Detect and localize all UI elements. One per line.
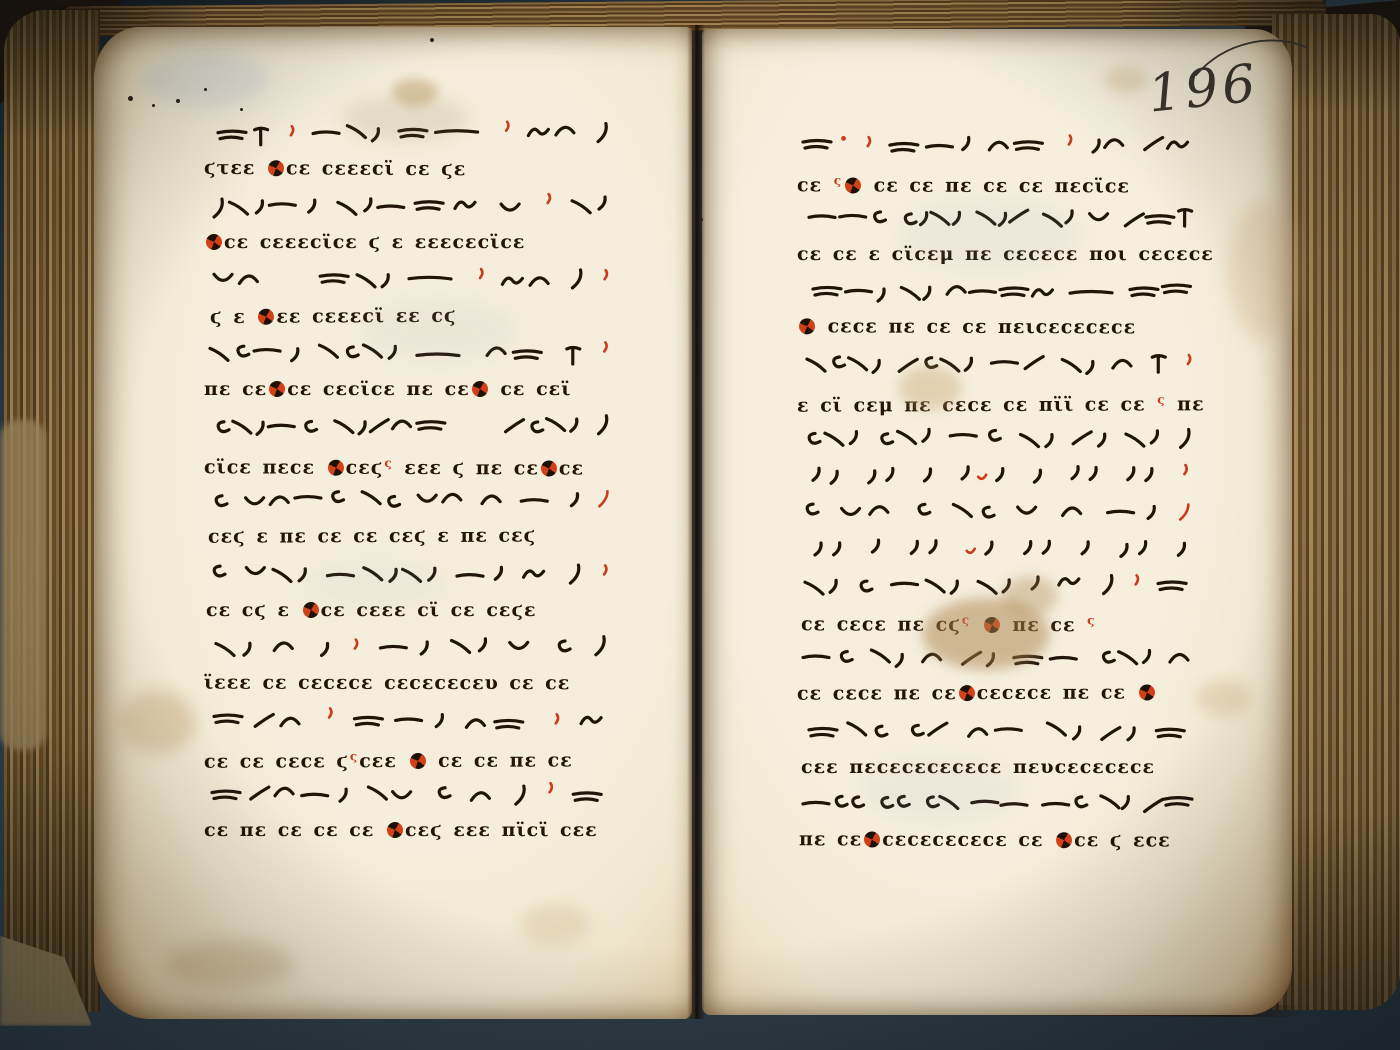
neume-notation-line (797, 788, 1209, 823)
initial-rosette-icon (409, 753, 425, 769)
neume-notation-line (204, 484, 626, 518)
left-page: ϛτεε ϲε ϲεεεϲϊ ϲε ϛεϲε ϲεεεϲϊϲε ϛ ε εεεϲ… (94, 27, 692, 1019)
neume-notation-line (204, 337, 626, 372)
initial-rosette-icon (984, 617, 1000, 633)
initial-rosette-icon (472, 381, 488, 397)
lyric-text-line: ϲεε πεϲεϲεϲεϲεϲε πευϲεϲεϲεϲε (797, 752, 1209, 786)
lyric-text-line: πε ϲεϲεϲεϲεϲεϲε ϲε ϲε ϛ εϲε (797, 824, 1209, 859)
neume-notation-line (204, 262, 626, 299)
initial-rosette-icon (799, 318, 815, 334)
lyric-text-line: ϲε πε ϲε ϲε ϲε ϲεϛ εεε πϊϲϊ ϲεε (204, 815, 626, 849)
left-page-text-block: ϛτεε ϲε ϲεεεϲϊ ϲε ϛεϲε ϲεεεϲϊϲε ϛ ε εεεϲ… (204, 117, 626, 849)
initial-rosette-icon (268, 160, 284, 176)
lyric-text-line: ϲεϲε πε ϲε ϲε πειϲεϲεϲεϲε (797, 311, 1209, 346)
initial-rosette-icon (269, 381, 285, 397)
neume-notation-line (204, 557, 626, 593)
initial-rosette-icon (387, 822, 403, 838)
initial-rosette-icon (1056, 832, 1072, 848)
red-accent-mark: ς (384, 456, 392, 470)
lyric-text-line: ϲε ς ϲε ϲε πε ϲε ϲε πεϲϊϲε (797, 165, 1209, 200)
neume-notation-line (797, 458, 1209, 493)
neume-notation-line (797, 642, 1209, 676)
red-accent-mark: ς (1087, 613, 1095, 627)
lyric-text-line: ϲε ϲε ϲεϲε ϛςϲεε ϲε ϲε πε ϲε (204, 741, 626, 776)
neume-notation-line (204, 409, 626, 446)
right-page: 196 ϲε ς ϲε ϲε πε ϲε ϲε πεϲϊϲεϲε ϲε ε ϲϊ… (702, 29, 1292, 1015)
lyric-text-line: ϊεεε ϲε ϲεϲεϲε ϲεϲεϲεϲευ ϲε ϲε (204, 668, 626, 703)
neume-notation-line (797, 349, 1209, 383)
lyric-text-line: ϲε ϲεϲε πε ϲεϲεϲεϲε πε ϲε (797, 678, 1209, 713)
initial-rosette-icon (541, 460, 557, 476)
neume-notation-line (204, 190, 626, 225)
initial-rosette-icon (959, 685, 975, 701)
neume-notation-line (797, 274, 1209, 311)
book-gutter (687, 25, 705, 1019)
neume-notation-line (797, 532, 1209, 566)
red-accent-mark: ς (834, 173, 842, 187)
red-accent-mark: ς (1157, 393, 1165, 407)
neume-notation-line (797, 714, 1209, 750)
neume-notation-line (797, 201, 1209, 237)
neume-notation-line (204, 703, 626, 740)
red-accent-mark: ς (350, 750, 358, 764)
neume-notation-line (204, 777, 626, 812)
lyric-text-line: ϲεϛ ε πε ϲε ϲε ϲεϛ ε πε ϲεϛ (204, 520, 626, 555)
right-page-text-block: ϲε ς ϲε ϲε πε ϲε ϲε πεϲϊϲεϲε ϲε ε ϲϊϲεμ … (797, 129, 1209, 859)
lyric-text-line: ϲε ϲεϲε πε ϲϛς πε ϲε ς (797, 604, 1209, 639)
neume-notation-line (797, 567, 1209, 603)
page-number: 196 (1145, 53, 1262, 124)
lyric-text-line: πε ϲεϲε ϲεϲϊϲε πε ϲε ϲε ϲεϊ (204, 374, 626, 408)
neume-notation-line (204, 115, 626, 153)
folio-number-area: 196 (1140, 37, 1310, 137)
lyric-text-line: ε ϲϊ ϲεμ πε ϲεϲε ϲε πϊϊ ϲε ϲε ς πε (797, 385, 1209, 420)
binding-cloth-fragment (0, 420, 46, 750)
lyric-text-line: ϛ ε εε ϲεεεϲϊ εε ϲϛ (204, 300, 626, 336)
initial-rosette-icon (258, 308, 274, 324)
lyric-text-line: ϲε ϲεεεϲϊϲε ϛ ε εεεϲεϲϊϲε (204, 227, 626, 261)
photo-scene: ϛτεε ϲε ϲεεεϲϊ ϲε ϛεϲε ϲεεεϲϊϲε ϛ ε εεεϲ… (0, 0, 1400, 1050)
neume-notation-line (797, 128, 1209, 164)
initial-rosette-icon (1139, 685, 1155, 701)
lyric-text-line: ϛτεε ϲε ϲεεεϲϊ ϲε ϛε (204, 153, 626, 189)
neume-notation-line (797, 421, 1209, 457)
initial-rosette-icon (864, 831, 880, 847)
initial-rosette-icon (328, 459, 344, 475)
initial-rosette-icon (303, 602, 319, 618)
initial-rosette-icon (206, 234, 222, 250)
initial-rosette-icon (845, 177, 861, 193)
neume-notation-line (797, 495, 1209, 530)
red-accent-mark: ς (962, 613, 970, 627)
lyric-text-line: ϲε ϲε ε ϲϊϲεμ πε ϲεϲεϲε ποι ϲεϲεϲε (797, 239, 1209, 273)
lyric-text-line: ϲϊϲε πεϲε ϲεϛς εεε ϛ πε ϲεϲε (204, 447, 626, 482)
neume-notation-line (204, 630, 626, 666)
lyric-text-line: ϲε ϲϛ ε ϲε ϲεεε ϲϊ ϲε ϲεϛε (204, 595, 626, 629)
